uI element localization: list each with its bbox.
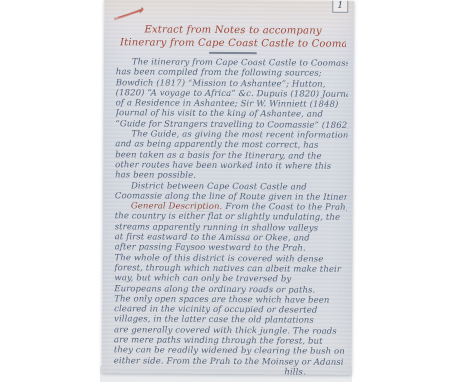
title-underline <box>209 52 257 54</box>
general-description-rest: From the Coast to the Prah, <box>225 202 347 213</box>
title-line-1: Extract from Notes to accompany <box>120 24 346 38</box>
manuscript-line: either side. From the Prah to the Moinse… <box>114 356 346 368</box>
title-line-2: Itinerary from Cape Coast Castle to Coom… <box>120 37 346 51</box>
document-title: Extract from Notes to accompany Itinerar… <box>120 24 346 55</box>
red-accession-mark-icon <box>112 5 148 23</box>
page-number: 1 <box>332 0 348 13</box>
manuscript-page: 1 Extract from Notes to accompany Itiner… <box>102 0 355 375</box>
manuscript-body: The itinerary from Cape Coast Castle to … <box>102 57 354 375</box>
